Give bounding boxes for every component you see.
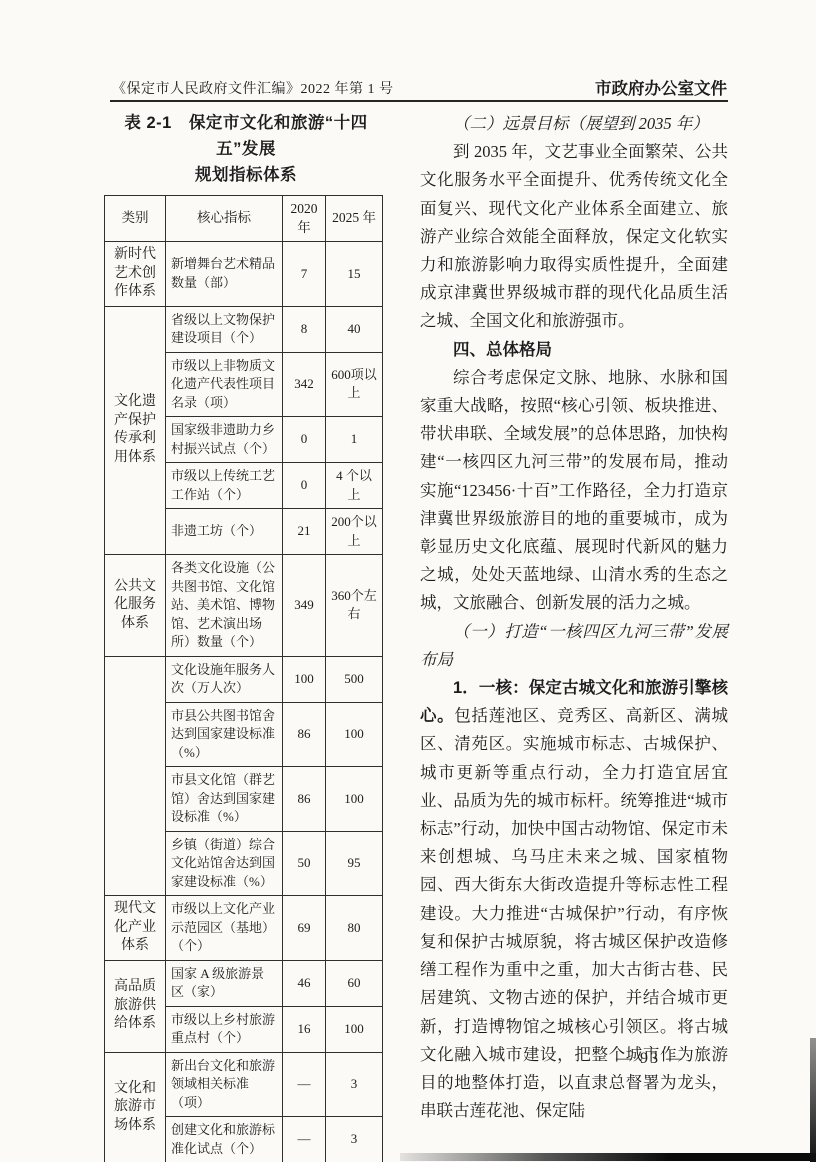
value-2025-cell: 600项以上	[326, 352, 383, 417]
header-office-label: 市政府办公室文件	[420, 75, 727, 99]
indicator-cell: 市级以上非物质文化遗产代表性项目名录（项）	[166, 352, 283, 417]
table-row: 文化和旅游市场体系新出台文化和旅游领域相关标准（项）—3	[105, 1052, 383, 1117]
indicator-cell: 市级以上文化产业示范园区（基地）（个）	[166, 896, 283, 961]
value-2025-cell: 360个左右	[326, 555, 383, 657]
indicator-cell: 市县公共图书馆舍达到国家建设标准（%）	[166, 702, 283, 767]
indicator-cell: 市级以上传统工艺工作站（个）	[166, 463, 283, 509]
article-column: （二）远景目标（展望到 2035 年） 到 2035 年，文艺事业全面繁荣、公共…	[420, 110, 728, 1125]
indicator-table: 类别 核心指标 2020 年 2025 年 新时代艺术创作体系新增舞台艺术精品数…	[104, 195, 383, 1162]
category-cell: 现代文化产业体系	[105, 896, 166, 961]
value-2025-cell: 15	[326, 242, 383, 307]
category-cell: 公共文化服务体系	[105, 555, 166, 657]
column-header-2020: 2020 年	[283, 196, 326, 242]
table-title-line2: 规划指标体系	[104, 162, 388, 188]
table-row: 现代文化产业体系市级以上文化产业示范园区（基地）（个）6980	[105, 896, 383, 961]
value-2025-cell: 95	[326, 831, 383, 896]
scan-edge-right	[810, 1038, 816, 1162]
category-cell: 文化和旅游市场体系	[105, 1052, 166, 1162]
indicator-cell: 新出台文化和旅游领域相关标准（项）	[166, 1052, 283, 1117]
category-label: 高品质旅游供给体系	[113, 978, 158, 1034]
indicator-cell: 省级以上文物保护建设项目（个）	[166, 306, 283, 352]
indicator-cell: 创建文化和旅游标准化试点（个）	[166, 1117, 283, 1162]
value-2020-cell: 0	[283, 417, 326, 463]
value-2020-cell: 69	[283, 896, 326, 961]
value-2025-cell: 60	[326, 960, 383, 1006]
indicator-cell: 市级以上乡村旅游重点村（个）	[166, 1006, 283, 1052]
category-cell: 新时代艺术创作体系	[105, 242, 166, 307]
value-2020-cell: 342	[283, 352, 326, 417]
indicator-cell: 非遗工坊（个）	[166, 509, 283, 555]
value-2025-cell: 80	[326, 896, 383, 961]
table-row: 高品质旅游供给体系国家 A 级旅游景区（家）4660	[105, 960, 383, 1006]
table-title-line1: 表 2-1 保定市文化和旅游“十四五”发展	[104, 110, 388, 162]
value-2025-cell: 100	[326, 702, 383, 767]
value-2020-cell: —	[283, 1117, 326, 1162]
value-2020-cell: 46	[283, 960, 326, 1006]
value-2020-cell: 86	[283, 702, 326, 767]
table-row: 公共文化服务体系各类文化设施（公共图书馆、文化馆站、美术馆、博物馆、艺术演出场所…	[105, 555, 383, 657]
section-2-heading: （二）远景目标（展望到 2035 年）	[420, 110, 728, 138]
column-header-2025: 2025 年	[326, 196, 383, 242]
category-label: 现代文化产业体系	[113, 900, 158, 956]
indicator-cell: 国家 A 级旅游景区（家）	[166, 960, 283, 1006]
value-2025-cell: 40	[326, 306, 383, 352]
section-2-paragraph: 到 2035 年，文艺事业全面繁荣、公共文化服务水平全面提升、优秀传统文化全面复…	[420, 138, 728, 335]
category-cell	[105, 656, 166, 896]
value-2020-cell: 7	[283, 242, 326, 307]
table-row: 文化遗产保护传承利用体系省级以上文物保护建设项目（个）840	[105, 306, 383, 352]
table-row: 新时代艺术创作体系新增舞台艺术精品数量（部）715	[105, 242, 383, 307]
value-2020-cell: 349	[283, 555, 326, 657]
value-2025-cell: 100	[326, 1006, 383, 1052]
value-2025-cell: 200个以上	[326, 509, 383, 555]
header-rule	[110, 100, 728, 102]
indicator-cell: 文化设施年服务人次（万人次）	[166, 656, 283, 702]
category-label: 文化和旅游市场体系	[113, 1080, 158, 1136]
indicator-table-body: 新时代艺术创作体系新增舞台艺术精品数量（部）715文化遗产保护传承利用体系省级以…	[105, 242, 383, 1162]
indicator-cell: 市县文化馆（群艺馆）舍达到国家建设标准（%）	[166, 767, 283, 832]
indicator-cell: 乡镇（街道）综合文化站馆舍达到国家建设标准（%）	[166, 831, 283, 896]
value-2025-cell: 3	[326, 1117, 383, 1162]
table-title: 表 2-1 保定市文化和旅游“十四五”发展 规划指标体系	[104, 110, 388, 188]
category-label: 新时代艺术创作体系	[113, 246, 158, 302]
section-4-heading: 四、总体格局	[420, 336, 728, 364]
table-header-row: 类别 核心指标 2020 年 2025 年	[105, 196, 383, 242]
table-column: 表 2-1 保定市文化和旅游“十四五”发展 规划指标体系 类别 核心指标 202…	[104, 110, 388, 1162]
value-2020-cell: 21	[283, 509, 326, 555]
value-2025-cell: 3	[326, 1052, 383, 1117]
value-2025-cell: 4 个以上	[326, 463, 383, 509]
category-cell: 文化遗产保护传承利用体系	[105, 306, 166, 555]
value-2020-cell: 86	[283, 767, 326, 832]
value-2020-cell: 0	[283, 463, 326, 509]
scan-edge-bottom	[400, 1153, 816, 1161]
column-header-indicator: 核心指标	[166, 196, 283, 242]
section-4-paragraph: 综合考虑保定文脉、地脉、水脉和国家重大战略，按照“核心引领、板块推进、带状串联、…	[420, 364, 728, 618]
category-cell: 高品质旅游供给体系	[105, 960, 166, 1052]
indicator-cell: 各类文化设施（公共图书馆、文化馆站、美术馆、博物馆、艺术演出场所）数量（个）	[166, 555, 283, 657]
category-label: 公共文化服务体系	[113, 578, 158, 634]
column-header-category: 类别	[105, 196, 166, 242]
indicator-cell: 新增舞台艺术精品数量（部）	[166, 242, 283, 307]
value-2020-cell: 8	[283, 306, 326, 352]
document-page: 《保定市人民政府文件汇编》2022 年第 1 号 市政府办公室文件 表 2-1 …	[0, 0, 816, 1162]
value-2025-cell: 1	[326, 417, 383, 463]
indicator-cell: 国家级非遗助力乡村振兴试点（个）	[166, 417, 283, 463]
header-compilation-title: 《保定市人民政府文件汇编》2022 年第 1 号	[112, 78, 394, 98]
table-row: 文化设施年服务人次（万人次）100500	[105, 656, 383, 702]
value-2020-cell: 50	[283, 831, 326, 896]
value-2020-cell: —	[283, 1052, 326, 1117]
category-label: 文化遗产保护传承利用体系	[113, 393, 158, 467]
subsection-1-heading: （一）打造“一核四区九河三带”发展布局	[420, 618, 728, 674]
value-2025-cell: 500	[326, 656, 383, 702]
value-2020-cell: 100	[283, 656, 326, 702]
value-2020-cell: 16	[283, 1006, 326, 1052]
page-number: — 93 —	[560, 1050, 740, 1068]
value-2025-cell: 100	[326, 767, 383, 832]
